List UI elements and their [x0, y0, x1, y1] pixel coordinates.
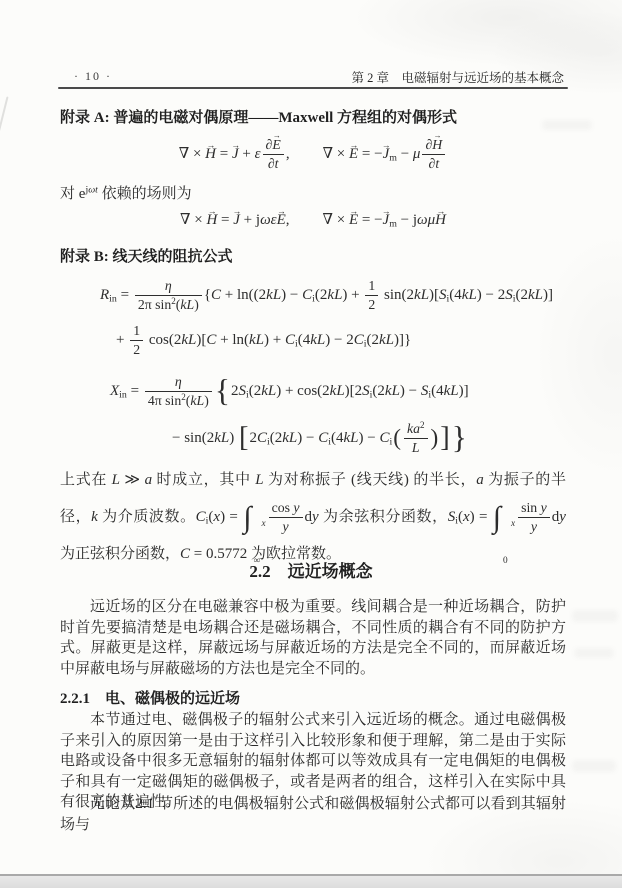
equation-row: ∇ × →H = →J + jωε→E,∇ × →E = −→Jm − jωμ→…	[60, 210, 566, 229]
equation-row: + 12 cos(2kL)[C + ln(kL) + Ci(4kL) − 2Ci…	[60, 323, 566, 358]
scan-scratch-artifact	[0, 96, 9, 141]
maxwell-time-domain-equation: ∇ × →H = →J + ε∂→E∂t,∇ × →E = −→Jm − μ∂→…	[60, 137, 566, 172]
equation-row: Xin = η4π sin2(kL){2Si(2kL) + cos(2kL)[2…	[60, 374, 566, 409]
page-number: · 10 ·	[74, 69, 112, 84]
equation-row: ∇ × →H = →J + ε∂→E∂t,∇ × →E = −→Jm − μ∂→…	[60, 137, 566, 172]
appendix-a-heading: 附录 A: 普遍的电磁对偶原理——Maxwell 方程组的对偶形式	[60, 106, 457, 127]
xin-reactance-formula: Xin = η4π sin2(kL){2Si(2kL) + cos(2kL)[2…	[60, 374, 566, 455]
header-rule	[58, 87, 568, 89]
section-heading: 2.2 远近场概念	[0, 557, 622, 582]
chapter-header-title: 第 2 章 电磁辐射与远近场的基本概念	[351, 68, 564, 86]
scan-bottom-edge-band	[0, 876, 622, 888]
rin-impedance-formula: Rin = η2π sin2(kL){C + ln((2kL) − Ci(2kL…	[60, 278, 566, 357]
section-intro-paragraph: 远近场的区分在电磁兼容中极为重要。线间耦合是一种近场耦合，防护时首先要搞清楚是电…	[60, 597, 566, 679]
scanned-book-page: · 10 · 第 2 章 电磁辐射与远近场的基本概念 附录 A: 普遍的电磁对偶…	[0, 0, 622, 888]
scan-ghost-mark	[572, 760, 616, 772]
equation-row: − sin(2kL) [2Ci(2kL) − Ci(4kL) − Ci(ka2L…	[60, 421, 566, 456]
appendix-b-heading: 附录 B: 线天线的阻抗公式	[60, 245, 233, 266]
subsection-heading: 2.2.1 电、磁偶极的远近场	[60, 687, 240, 708]
scan-ghost-mark	[542, 120, 592, 130]
body-paragraph-2: 无论从2.1 节所述的电偶极辐射公式和磁偶极辐射公式都可以看到其辐射场与	[60, 794, 566, 835]
equation-row: Rin = η2π sin2(kL){C + ln((2kL) − Ci(2kL…	[60, 278, 566, 313]
time-dependence-note: 对 ejωt 依赖的场则为	[60, 184, 566, 205]
scan-ghost-mark	[574, 648, 614, 658]
scan-ghost-mark	[572, 610, 618, 622]
maxwell-frequency-domain-equation: ∇ × →H = →J + jωε→E,∇ × →E = −→Jm − jωμ→…	[60, 210, 566, 229]
